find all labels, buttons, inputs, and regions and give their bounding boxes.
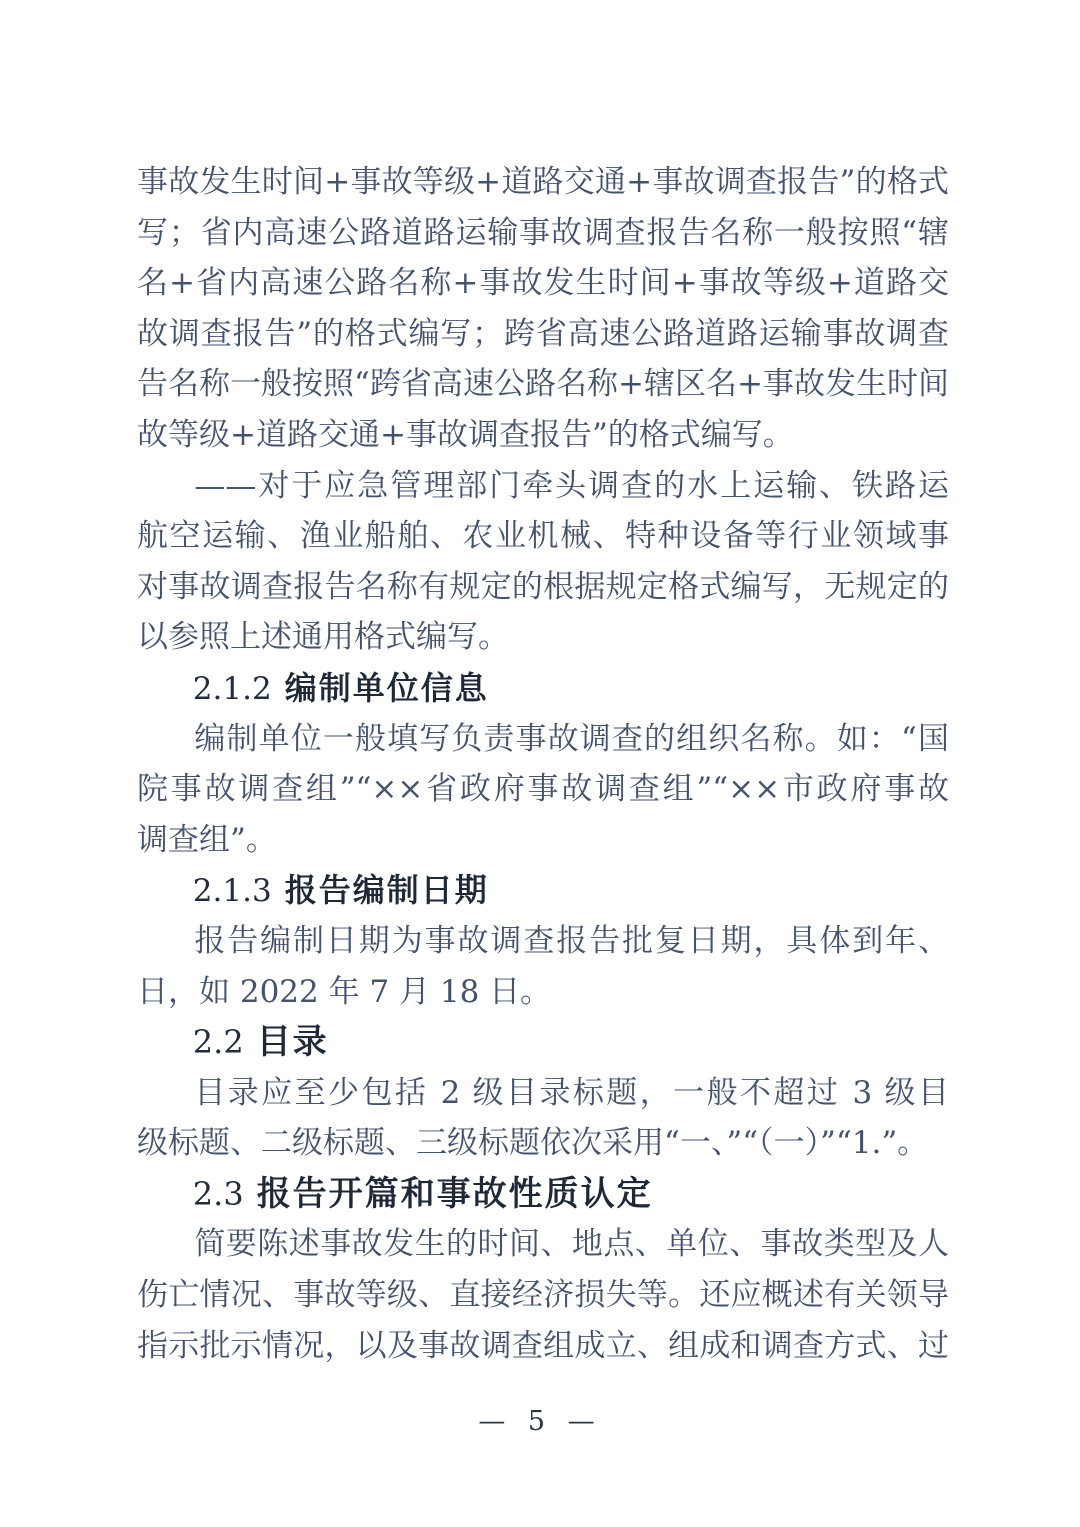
body-line: 日，如 2022 年 7 月 18 日。 <box>137 967 949 1018</box>
body-line: 以参照上述通用格式编写。 <box>137 612 949 663</box>
body-line: 故调查报告”的格式编写；跨省高速公路道路运输事故调查报 <box>137 309 949 360</box>
body-line: 事故发生时间+事故等级+道路交通+事故调查报告”的格式编 <box>137 157 949 208</box>
heading-number: 2.1.3 <box>193 873 272 909</box>
body-line: 写；省内高速公路道路运输事故调查报告名称一般按照“辖区 <box>137 208 949 259</box>
body-line: 告名称一般按照“跨省高速公路名称+辖区名+事故发生时间+事 <box>137 359 949 410</box>
body-line: 伤亡情况、事故等级、直接经济损失等。还应概述有关领导的 <box>137 1270 949 1321</box>
body-line: 编制单位一般填写负责事故调查的组织名称。如：“国务 <box>137 714 949 765</box>
body-line: 对事故调查报告名称有规定的根据规定格式编写，无规定的可 <box>137 562 949 613</box>
heading-title: 编制单位信息 <box>285 669 489 707</box>
body-line: 故等级+道路交通+事故调查报告”的格式编写。 <box>137 410 949 461</box>
heading-title: 报告开篇和事故性质认定 <box>257 1174 653 1214</box>
heading-title: 报告编制日期 <box>285 871 489 909</box>
body-line: 指示批示情况，以及事故调查组成立、组成和调查方式、过程 <box>137 1321 949 1372</box>
heading-number: 2.3 <box>193 1175 244 1213</box>
heading-2-2: 2.2目录 <box>137 1017 949 1068</box>
page-number: — 5 — <box>0 1406 1080 1437</box>
heading-2-3: 2.3报告开篇和事故性质认定 <box>137 1169 949 1220</box>
body-line: 目录应至少包括 2 级目录标题，一般不超过 3 级目录，一 <box>137 1068 949 1119</box>
body-line: 简要陈述事故发生的时间、地点、单位、事故类型及人员 <box>137 1219 949 1270</box>
document-page: 事故发生时间+事故等级+道路交通+事故调查报告”的格式编 写；省内高速公路道路运… <box>0 0 1080 1527</box>
body-line: 院事故调查组”“××省政府事故调查组”“××市政府事故 <box>137 764 949 815</box>
body-line: 级标题、二级标题、三级标题依次采用“一、”“（一）”“1.”。 <box>137 1118 949 1169</box>
body-line: ——对于应急管理部门牵头调查的水上运输、铁路运输、 <box>137 461 949 512</box>
heading-title: 目录 <box>257 1022 329 1062</box>
body-line: 航空运输、渔业船舶、农业机械、特种设备等行业领域事故， <box>137 511 949 562</box>
heading-2-1-3: 2.1.3报告编制日期 <box>137 865 949 916</box>
body-line: 调查组”。 <box>137 815 949 866</box>
heading-number: 2.2 <box>193 1023 244 1061</box>
document-body: 事故发生时间+事故等级+道路交通+事故调查报告”的格式编 写；省内高速公路道路运… <box>137 157 949 1371</box>
body-line: 名+省内高速公路名称+事故发生时间+事故等级+道路交通+事 <box>137 258 949 309</box>
heading-2-1-2: 2.1.2编制单位信息 <box>137 663 949 714</box>
body-line: 报告编制日期为事故调查报告批复日期，具体到年、月、 <box>137 916 949 967</box>
heading-number: 2.1.2 <box>193 671 272 707</box>
